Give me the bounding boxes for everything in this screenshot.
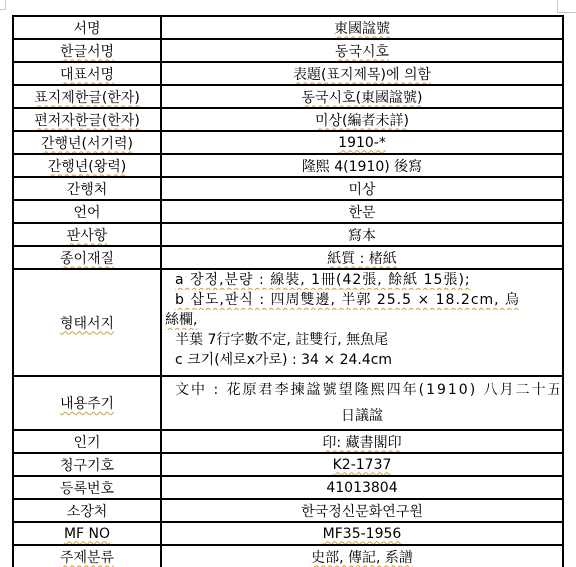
row-edition: 판사항 寫本: [13, 223, 563, 246]
field-label: 종이재질: [60, 251, 114, 267]
field-value-cell: MF35-1956: [161, 522, 563, 545]
field-label-cell: 서명: [13, 16, 161, 39]
field-label-cell: 청구기호: [13, 453, 161, 476]
field-value-cell: 한국정신문화연구원: [161, 499, 563, 522]
field-value-line: 半葉 7行字數不定, 註雙行, 無魚尾: [165, 330, 559, 350]
row-publisher: 간행처 미상: [13, 177, 563, 200]
field-value: K2-1737: [333, 457, 392, 473]
field-label: 편저자한글(한자): [34, 113, 140, 129]
field-value: 한국정신문화연구원: [301, 504, 423, 520]
page-margin-corner-mark-left: [0, 0, 6, 10]
field-value-cell: 한문: [161, 200, 563, 223]
field-value-line: 文中 : 花原君李揀諡號望隆熙四年(1910) 八月二十五: [165, 377, 559, 403]
field-label: 간행처: [67, 182, 108, 198]
field-value-cell: 東國諡號: [161, 16, 563, 39]
field-value-cell: 미상: [161, 177, 563, 200]
page: 서명 東國諡號 한글서명 동국시호 대표서명 表題(표지제목)에 의함 표지제한…: [0, 0, 576, 567]
field-label: 주제분류: [60, 550, 114, 566]
field-value-line: 日議諡: [165, 403, 559, 429]
field-value: 미상: [348, 182, 375, 198]
field-value-cell: a 장정,분량 : 線裝, 1冊(42張, 餘紙 15張); b 삽도,판식 :…: [161, 269, 563, 376]
row-language: 언어 한문: [13, 200, 563, 223]
field-value-cell: 1910-*: [161, 131, 563, 154]
page-margin-corner-mark-right: [557, 0, 576, 13]
field-value-cell: 表題(표지제목)에 의함: [161, 62, 563, 85]
field-label: 소장처: [67, 504, 108, 520]
field-value-cell: 印: 藏書閣印: [161, 430, 563, 453]
field-value-line: c 크기(세로x가로) : 34 × 24.4cm: [165, 350, 559, 370]
field-value: 동국시호: [335, 44, 389, 60]
field-label: 형태서지: [60, 316, 114, 332]
field-value: 동국시호(東國諡號): [301, 90, 422, 106]
field-label-cell: 간행처: [13, 177, 161, 200]
field-label-cell: 소장처: [13, 499, 161, 522]
field-value-cell: 史部, 傳記, 系譜: [161, 545, 563, 567]
field-value: 미상(編者未詳): [315, 113, 409, 129]
field-value-cell: 41013804: [161, 476, 563, 499]
field-label-cell: 형태서지: [13, 269, 161, 376]
field-value-cell: 寫本: [161, 223, 563, 246]
field-value-line: a 장정,분량 : 線裝, 1冊(42張, 餘紙 15張);: [165, 270, 559, 290]
field-label-cell: 간행년(왕력): [13, 154, 161, 177]
field-label-cell: 등록번호: [13, 476, 161, 499]
field-label: 내용주기: [60, 396, 114, 412]
field-label-cell: 내용주기: [13, 376, 161, 430]
field-label: 등록번호: [60, 481, 114, 497]
row-author: 편저자한글(한자) 미상(編者未詳): [13, 108, 563, 131]
field-label-cell: 편저자한글(한자): [13, 108, 161, 131]
field-value-cell: 동국시호: [161, 39, 563, 62]
field-value: 寫本: [348, 228, 376, 244]
row-seal-mark: 인기 印: 藏書閣印: [13, 430, 563, 453]
field-value-cell: 文中 : 花原君李揀諡號望隆熙四年(1910) 八月二十五 日議諡: [161, 376, 563, 430]
field-label: 간행년(서기력): [41, 136, 133, 152]
field-label-cell: 간행년(서기력): [13, 131, 161, 154]
row-title: 서명 東國諡號: [13, 16, 563, 39]
field-value-line: 絲欄,: [165, 310, 559, 330]
field-value-cell: K2-1737: [161, 453, 563, 476]
row-publication-year-western: 간행년(서기력) 1910-*: [13, 131, 563, 154]
field-value: 史部, 傳記, 系譜: [311, 550, 413, 566]
field-label: 서명: [73, 21, 100, 37]
row-paper-type: 종이재질 紙質 : 楮紙: [13, 246, 563, 269]
field-label: 표지제한글(한자): [34, 90, 140, 106]
field-value-cell: 동국시호(東國諡號): [161, 85, 563, 108]
row-publication-year-royal: 간행년(왕력) 隆熙 4(1910) 後寫: [13, 154, 563, 177]
field-label-cell: 한글서명: [13, 39, 161, 62]
field-label-cell: 대표서명: [13, 62, 161, 85]
row-korean-title: 한글서명 동국시호: [13, 39, 563, 62]
field-value: 印: 藏書閣印: [322, 435, 401, 451]
field-value: 隆熙 4(1910) 後寫: [302, 159, 422, 175]
field-value: 1910-*: [338, 135, 386, 151]
field-value: 41013804: [326, 480, 397, 496]
field-label-cell: MF NO: [13, 522, 161, 545]
row-mf-no: MF NO MF35-1956: [13, 522, 563, 545]
row-contents-note: 내용주기 文中 : 花原君李揀諡號望隆熙四年(1910) 八月二十五 日議諡: [13, 376, 563, 430]
field-label: 대표서명: [60, 67, 114, 83]
field-label: 한글서명: [60, 44, 114, 60]
field-label-cell: 언어: [13, 200, 161, 223]
field-label-cell: 표지제한글(한자): [13, 85, 161, 108]
row-cover-title: 표지제한글(한자) 동국시호(東國諡號): [13, 85, 563, 108]
field-value: 紙質 : 楮紙: [327, 251, 397, 267]
row-call-number: 청구기호 K2-1737: [13, 453, 563, 476]
field-value: 東國諡號: [334, 21, 390, 37]
field-label: 인기: [73, 435, 100, 451]
field-label: 간행년(왕력): [48, 159, 127, 175]
field-value-line: b 삽도,판식 : 四周雙邊, 半郭 25.5 × 18.2cm, 烏: [165, 290, 559, 310]
field-value-cell: 미상(編者未詳): [161, 108, 563, 131]
row-subject-classification: 주제분류 史部, 傳記, 系譜: [13, 545, 563, 567]
field-label: MF NO: [64, 526, 110, 542]
field-label-cell: 주제분류: [13, 545, 161, 567]
row-representative-title: 대표서명 表題(표지제목)에 의함: [13, 62, 563, 85]
field-label: 판사항: [67, 228, 108, 244]
row-holding-institution: 소장처 한국정신문화연구원: [13, 499, 563, 522]
bibliographic-record-table: 서명 東國諡號 한글서명 동국시호 대표서명 表題(표지제목)에 의함 표지제한…: [12, 15, 564, 567]
field-label: 언어: [73, 205, 100, 221]
field-value: MF35-1956: [323, 526, 402, 542]
field-label-cell: 인기: [13, 430, 161, 453]
field-value: 한문: [348, 205, 375, 221]
field-value-cell: 隆熙 4(1910) 後寫: [161, 154, 563, 177]
field-label-cell: 판사항: [13, 223, 161, 246]
field-label-cell: 종이재질: [13, 246, 161, 269]
row-physical-description: 형태서지 a 장정,분량 : 線裝, 1冊(42張, 餘紙 15張); b 삽도…: [13, 269, 563, 376]
field-label: 청구기호: [60, 458, 114, 474]
field-value-cell: 紙質 : 楮紙: [161, 246, 563, 269]
field-value: 表題(표지제목)에 의함: [293, 67, 431, 83]
row-registration-number: 등록번호 41013804: [13, 476, 563, 499]
